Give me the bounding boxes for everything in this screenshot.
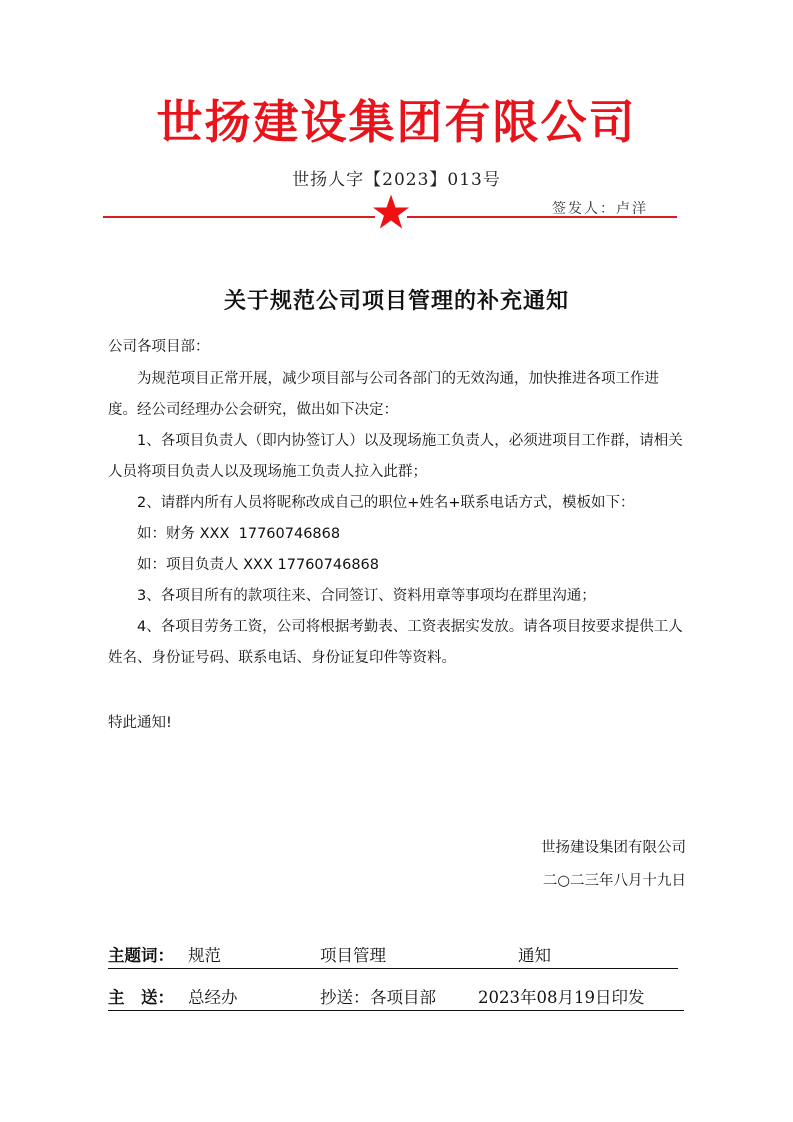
send-label: 主 送： xyxy=(108,984,174,1008)
notice-title: 关于规范公司项目管理的补充通知 xyxy=(0,284,793,315)
send-to: 总经办 xyxy=(188,984,238,1008)
paragraph-item-2: 2、请群内所有人员将昵称改成自己的职位+姓名+联系电话方式，模板如下： xyxy=(108,488,686,519)
paragraph-intro: 为规范项目正常开展，减少项目部与公司各部门的无效沟通，加快推进各项工作进度。经公… xyxy=(108,364,686,426)
notice-body: 为规范项目正常开展，减少项目部与公司各部门的无效沟通，加快推进各项工作进度。经公… xyxy=(108,364,686,674)
example-finance: 如：财务 XXX 17760746868 xyxy=(108,519,686,550)
paragraph-item-4: 4、各项目劳务工资，公司将根据考勤表、工资表据实发放。请各项目按要求提供工人姓名… xyxy=(108,612,686,674)
signature-block: 世扬建设集团有限公司 二○二三年八月十九日 xyxy=(500,832,686,898)
signature-date: 二○二三年八月十九日 xyxy=(500,865,686,898)
keyword-3: 通知 xyxy=(518,942,551,966)
red-divider-right xyxy=(407,216,677,218)
addressee: 公司各项目部： xyxy=(108,332,686,363)
red-star-icon xyxy=(372,193,410,231)
keyword-2: 项目管理 xyxy=(320,942,386,966)
company-header-title: 世扬建设集团有限公司 xyxy=(0,86,793,152)
distribution-row: 主 送： 总经办 抄送： 各项目部 2023年08月19日印发 xyxy=(108,982,684,1011)
print-date: 2023年08月19日印发 xyxy=(478,984,644,1008)
keyword-1: 规范 xyxy=(188,942,221,966)
keywords-label: 主题词： xyxy=(108,942,174,966)
cc-label: 抄送： xyxy=(320,984,370,1008)
document-number: 世扬人字【2023】013号 xyxy=(0,165,793,190)
red-divider-left xyxy=(103,216,375,218)
signer: 签发人：卢洋 xyxy=(552,198,648,218)
closing-remark: 特此通知! xyxy=(108,708,686,739)
example-project-lead: 如：项目负责人 XXX 17760746868 xyxy=(108,550,686,581)
keywords-row: 主题词： 规范 项目管理 通知 xyxy=(108,940,678,969)
paragraph-item-3: 3、各项目所有的款项往来、合同签订、资料用章等事项均在群里沟通； xyxy=(108,581,686,612)
signature-company: 世扬建设集团有限公司 xyxy=(500,832,686,865)
cc-to: 各项目部 xyxy=(370,984,436,1008)
paragraph-item-1: 1、各项目负责人（即内协签订人）以及现场施工负责人，必须进项目工作群，请相关人员… xyxy=(108,426,686,488)
